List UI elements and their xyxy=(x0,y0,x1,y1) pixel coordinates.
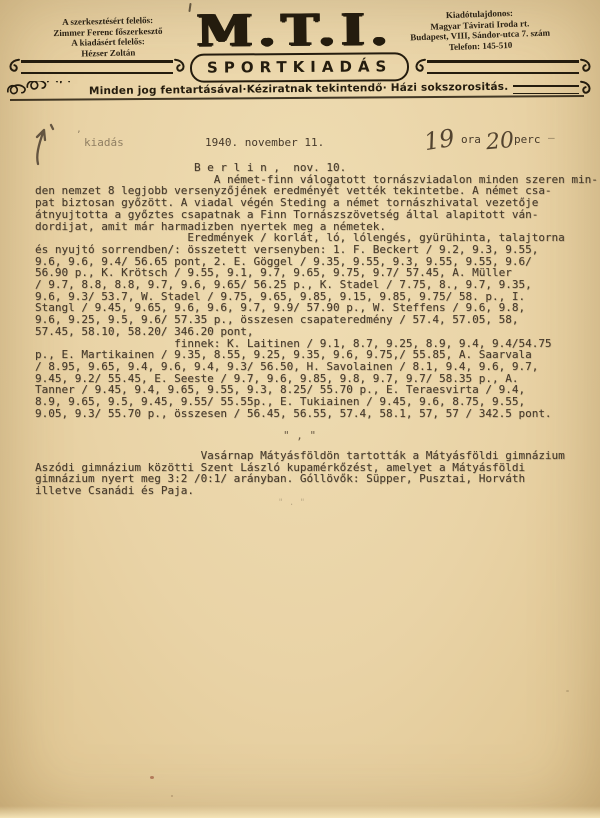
rights-line: Minden jog fentartásával·Kéziratnak teki… xyxy=(89,81,508,97)
rights-rule xyxy=(513,85,579,94)
date-text: 1940. november 11. xyxy=(205,136,324,149)
sportkiadas-banner-row: SPORTKIADÁS xyxy=(6,52,594,82)
article-berlin-text: B e r l i n , nov. 10. A német-finn válo… xyxy=(35,162,598,419)
hour-handwritten: 19 xyxy=(422,124,457,156)
stray-mark: " . " xyxy=(278,498,305,508)
masthead-rule-left xyxy=(21,60,173,74)
edition-label: kiadás xyxy=(84,136,124,149)
edition-stray-tick: ʼ xyxy=(76,130,81,140)
masthead-rule-right xyxy=(427,60,579,74)
publisher-block: Kiadótulajdonos: Magyar Távirati Iroda r… xyxy=(377,5,582,54)
minute-handwritten: 20 xyxy=(485,128,515,155)
paper-speck xyxy=(171,795,173,797)
page-bottom-edge xyxy=(0,806,600,818)
scroll-curl-icon xyxy=(173,57,188,77)
sportkiadas-banner: SPORTKIADÁS xyxy=(190,52,410,83)
hour-label: ora xyxy=(461,133,481,146)
paper-speck xyxy=(566,690,569,692)
scrollwork-icon xyxy=(6,81,84,97)
document-page: A szerkesztésért felelős: Zimmer Ferenc … xyxy=(0,0,600,818)
paper-speck xyxy=(150,776,154,779)
section-separator: " , " xyxy=(283,429,316,442)
scroll-curl-icon xyxy=(579,57,594,77)
dateline-dash: — xyxy=(548,131,555,144)
minute-label: perc xyxy=(514,133,541,146)
scroll-curl-icon xyxy=(6,57,21,77)
scroll-curl-icon xyxy=(412,57,427,77)
article-matyasfold-text: Vasárnap Mátyásföldön tartották a Mátyás… xyxy=(35,450,565,497)
